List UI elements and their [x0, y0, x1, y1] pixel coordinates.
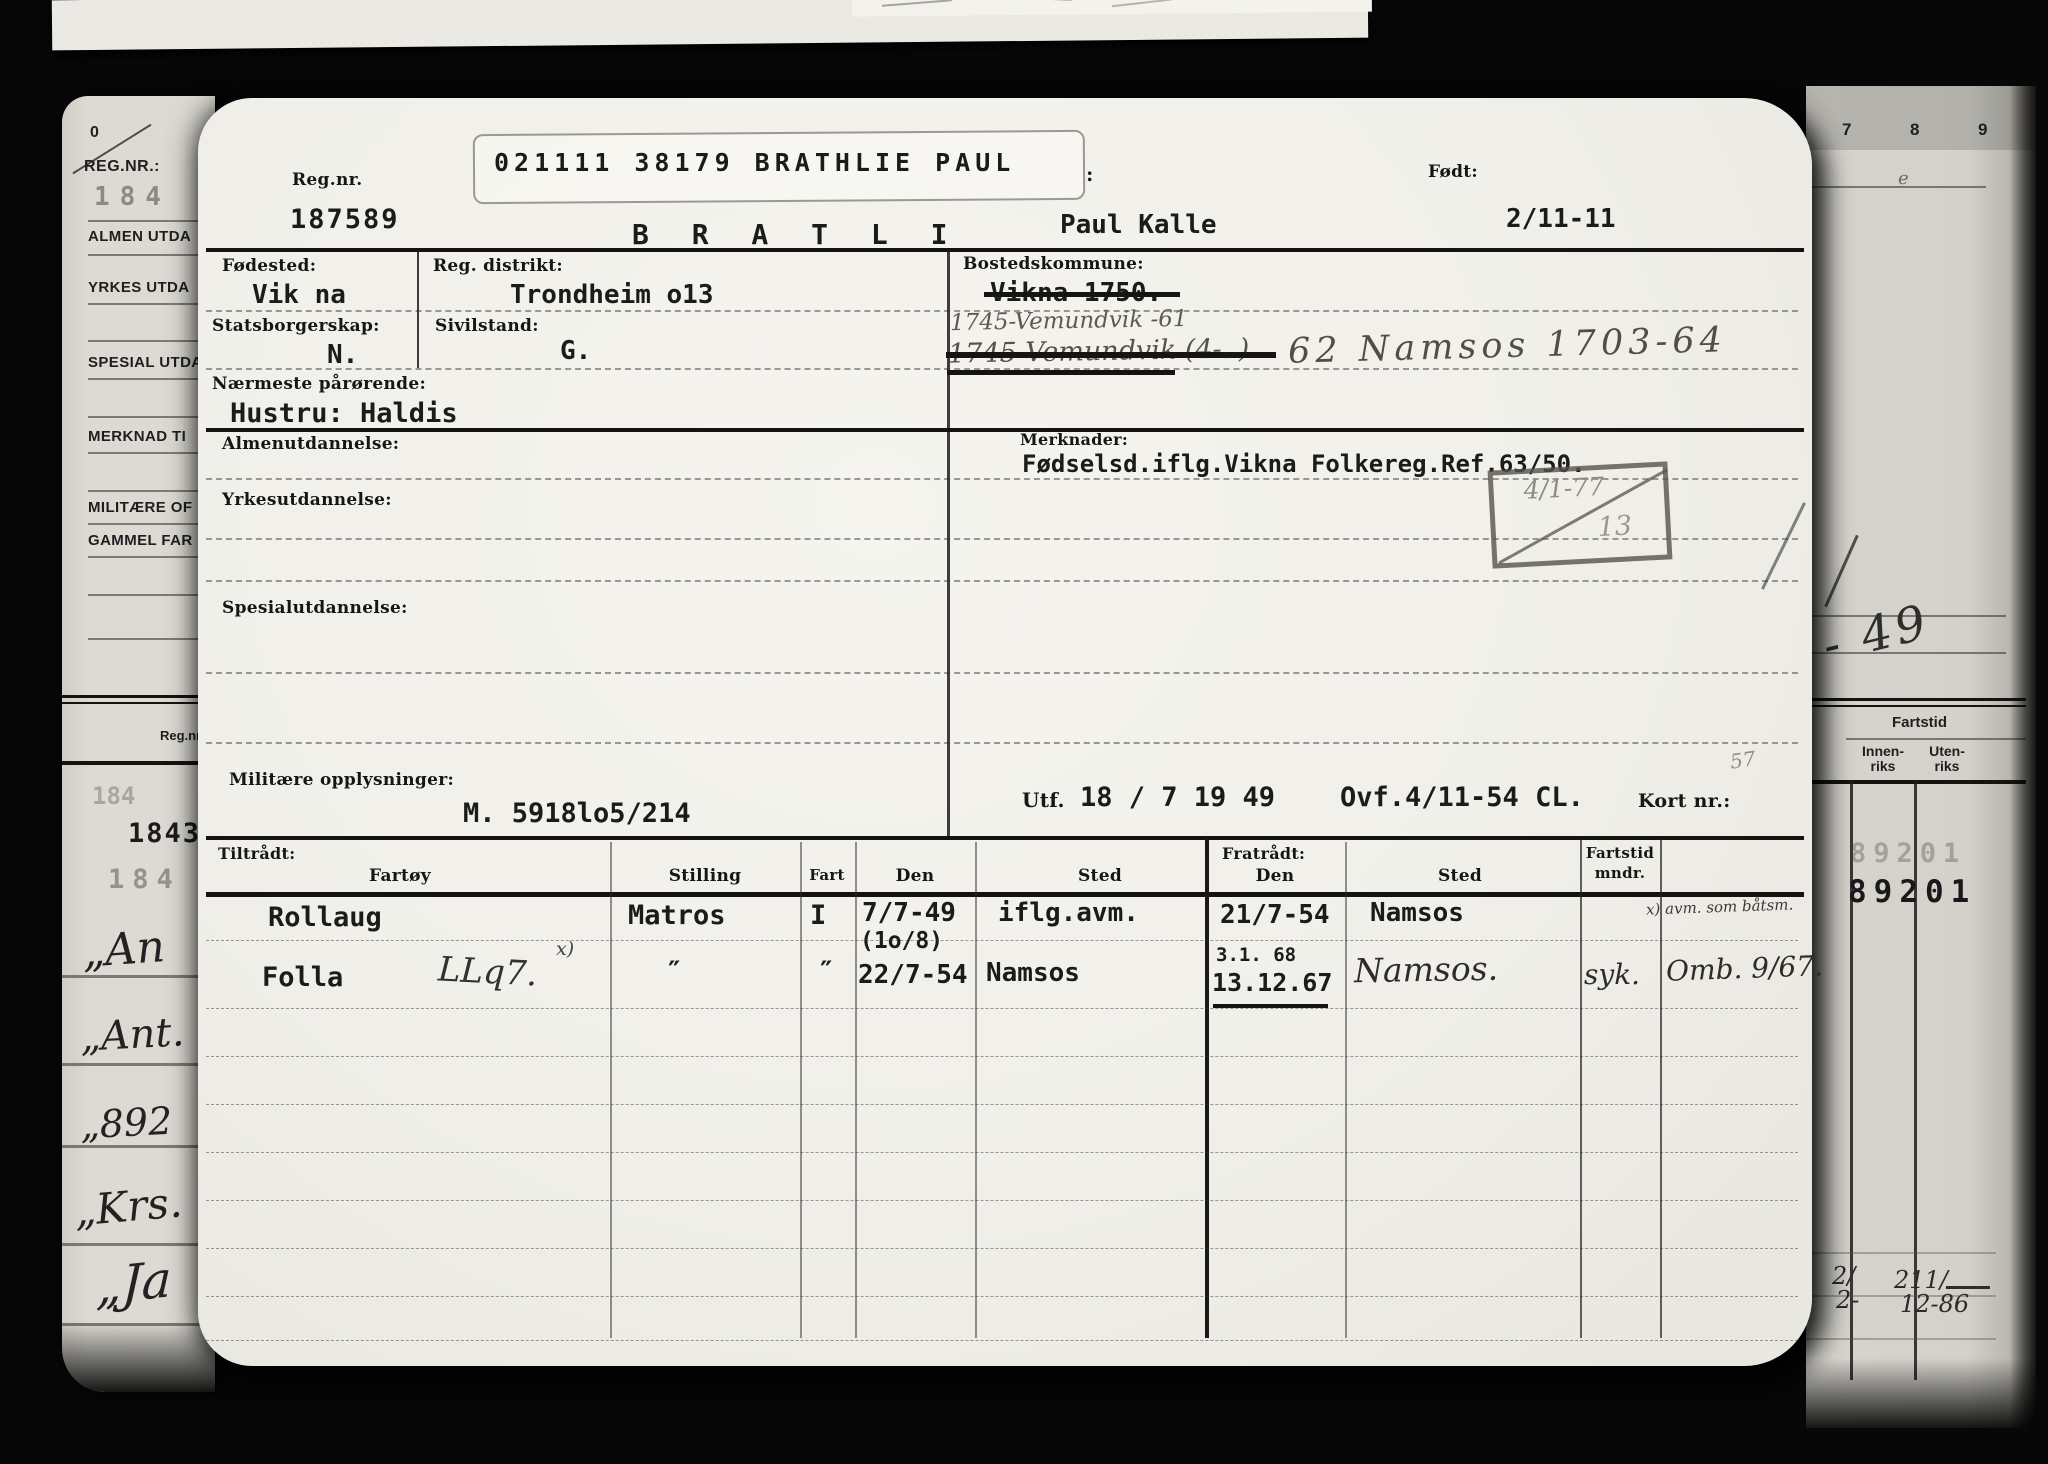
number-bold: 89201	[1848, 874, 1976, 910]
printed-colon: :	[1086, 162, 1094, 186]
faint-stamp-number: 184	[94, 182, 171, 212]
main-card: Reg.nr. 021111 38179 BRATHLIE PAUL : Fød…	[198, 98, 1812, 1366]
rule-line	[88, 594, 215, 596]
row-line	[206, 1200, 1798, 1201]
cell-omb-handwritten: Omb. 9/67.	[1665, 949, 1823, 987]
shadow-fade	[1806, 1358, 2036, 1428]
rule-line	[1806, 652, 2006, 654]
rule-line	[88, 490, 215, 492]
col-header-fartstid: Fartstid	[1550, 844, 1690, 862]
rule-line	[1846, 738, 2026, 740]
cell-fartoy: Rollaug	[268, 902, 382, 933]
col-header-stilling: Stilling	[625, 866, 785, 886]
cell-stilling-ditto: ″	[666, 956, 682, 987]
handwritten-entry: „Ja	[95, 1250, 172, 1316]
fartstid-heading: Fartstid	[1892, 714, 1947, 731]
rule-line	[62, 975, 207, 978]
footnote-handwritten: x) avm. som båtsm.	[1646, 895, 1794, 918]
thick-rule	[206, 892, 1804, 897]
rule-line	[62, 1243, 207, 1246]
top-shade	[1806, 86, 2036, 150]
stamped-number-faint: 184	[108, 864, 181, 895]
col-header-sted: Sted	[1020, 866, 1180, 886]
handwritten-bottom: 12-86	[1900, 1290, 1969, 1318]
cell-sted: Namsos	[986, 958, 1080, 988]
parorende-value: Hustru: Haldis	[230, 398, 458, 429]
statsborgerskap-value: N.	[327, 340, 358, 370]
column-line	[1580, 838, 1582, 1338]
fodested-value: Vik na	[252, 280, 346, 310]
cell-fra-den-b: 13.12.67	[1212, 968, 1332, 997]
shadow-fade	[62, 1322, 215, 1392]
rule-line	[88, 638, 215, 640]
ruler-mark-0: 0	[90, 124, 99, 142]
row-line	[206, 1104, 1798, 1105]
bosted-handwritten-3: 62 Namsos 1703-64	[1288, 320, 1728, 371]
double-rule	[1806, 698, 2026, 701]
spesial-label: Spesialutdannelse:	[222, 598, 408, 618]
double-rule	[62, 695, 215, 698]
rule-line	[62, 1145, 207, 1148]
utf-value: 18 / 7 19 49	[1080, 782, 1275, 813]
rule-line	[206, 672, 1798, 674]
right-background-card: 7 8 9 e - 49 Fartstid Innen- riks Uten- …	[1806, 86, 2036, 1428]
faint-stamp-mark: 184	[92, 782, 135, 810]
tiltradt-label: Tiltrådt:	[218, 844, 295, 863]
yrkes-label: Yrkesutdannelse:	[222, 490, 392, 510]
rule-line	[206, 580, 1798, 582]
rule-line	[88, 303, 215, 305]
footnote-mark: x)	[556, 938, 574, 960]
section-label: ALMEN UTDA	[88, 228, 191, 245]
ruler-mark-7: 7	[1842, 120, 1851, 140]
rule-line	[62, 1063, 207, 1066]
bosted-label: Bostedskommune:	[963, 254, 1144, 274]
stamped-header-line: 021111 38179 BRATHLIE PAUL	[494, 148, 1015, 177]
bosted-handwritten-1: 1745-Vemundvik -61	[950, 306, 1188, 336]
pencil-57: 57	[1728, 746, 1757, 773]
col-header-mndr: mndr.	[1550, 864, 1690, 882]
thick-rule	[206, 428, 1804, 432]
date-stamp-box: 4/1-77 13	[1488, 461, 1673, 568]
strike-line	[984, 292, 1180, 297]
utenriks-line2: riks	[1935, 758, 1960, 774]
kortnr-label: Kort nr.:	[1638, 790, 1731, 812]
fratradt-label: Fratrådt:	[1222, 844, 1305, 863]
rule-line	[88, 523, 215, 525]
section-label: SPESIAL UTDA	[88, 354, 203, 371]
thick-rule	[62, 761, 215, 765]
innenriks-header: Innen- riks	[1858, 744, 1908, 774]
rule-line	[88, 340, 215, 342]
cell-den-extra: (1o/8)	[860, 928, 943, 954]
section-label: MILITÆRE OF	[88, 499, 192, 516]
row-line	[206, 1248, 1798, 1249]
given-names: Paul Kalle	[1060, 210, 1217, 240]
pencil-stroke	[1824, 535, 1858, 607]
rule-line	[88, 556, 215, 558]
left-background-card: 0 2 REG.NR.: 184 ALMEN UTDA YRKES UTDA S…	[62, 96, 215, 1392]
double-rule	[62, 702, 215, 704]
cell-fartoy-handwritten: LLq7.	[437, 949, 538, 994]
handwritten-entry: „An	[80, 921, 166, 978]
overbar-mark	[1946, 1286, 1990, 1289]
regdistrikt-value: Trondheim o13	[510, 280, 714, 310]
strike-line	[946, 352, 1276, 358]
ruler-mark-9: 9	[1978, 120, 1987, 140]
birth-date: 2/11-11	[1506, 204, 1616, 234]
cell-fra-den-a: 3.1. 68	[1216, 944, 1296, 966]
row-line	[206, 1008, 1798, 1009]
torn-edge-shade	[2010, 86, 2036, 1428]
rule-line	[88, 416, 215, 418]
pencil-stroke	[1761, 502, 1806, 590]
row-line	[206, 1152, 1798, 1153]
thick-rule	[206, 248, 1804, 252]
cell-den: 7/7-49	[862, 898, 956, 928]
section-label: MERKNAD TI	[88, 428, 186, 445]
utf-label: Utf.	[1022, 788, 1065, 812]
section-label: YRKES UTDA	[88, 279, 190, 296]
innenriks-line1: Innen-	[1862, 743, 1904, 759]
rule-line	[88, 220, 215, 222]
row-line	[206, 940, 1798, 941]
innenriks-line2: riks	[1871, 758, 1896, 774]
col-header-den: Den	[855, 866, 975, 886]
handwritten-49: - 49	[1817, 594, 1936, 675]
handwritten-entry: „892	[79, 1099, 173, 1148]
handwritten-bottom: 2-	[1836, 1286, 1859, 1314]
merknader-label: Merknader:	[1020, 430, 1128, 449]
col-header-den2: Den	[1215, 866, 1335, 886]
column-line	[855, 842, 857, 1338]
cell-fra-sted-handwritten: Namsos.	[1354, 949, 1499, 991]
stamp-box-date: 4/1-77	[1523, 472, 1605, 505]
reg-small-label: Reg.nr	[160, 728, 201, 743]
col-header-sted2: Sted	[1380, 866, 1540, 886]
cell-fra-sted: Namsos	[1370, 898, 1464, 928]
cell-den: 22/7-54	[858, 960, 968, 990]
regdistrikt-label: Reg. distrikt:	[433, 256, 563, 276]
utenriks-line1: Uten-	[1929, 743, 1965, 759]
handwritten-entry: „Ant.	[79, 1009, 185, 1060]
reg-number: 187589	[290, 204, 400, 235]
row-line	[206, 1056, 1798, 1057]
fodested-label: Fødested:	[222, 256, 316, 276]
cell-fra-den: 21/7-54	[1220, 900, 1330, 930]
stamp-box-number: 13	[1597, 510, 1633, 543]
cell-stilling: Matros	[628, 900, 726, 931]
thick-rule	[206, 836, 1804, 840]
ruler-mark-8: 8	[1910, 120, 1919, 140]
thick-underline	[947, 370, 1175, 375]
militaere-value: M. 5918lo5/214	[463, 798, 691, 829]
fodt-label: Født:	[1428, 162, 1478, 182]
handwritten-entry: „Krs.	[72, 1177, 184, 1235]
column-line	[1345, 842, 1347, 1338]
sivilstand-label: Sivilstand:	[435, 316, 539, 336]
col-header-fartoy: Fartøy	[320, 866, 480, 886]
almen-label: Almenutdannelse:	[222, 434, 399, 454]
pencil-mark-e: e	[1898, 168, 1909, 189]
surname: B R A T L I	[632, 218, 960, 251]
cell-fart-ditto: ″	[818, 956, 834, 987]
cell-fartoy: Folla	[262, 962, 343, 993]
section-label: GAMMEL FAR	[88, 532, 193, 549]
stamped-number: 1843	[128, 818, 201, 849]
column-line	[610, 842, 612, 1338]
cell-fartstid-handwritten: syk.	[1584, 958, 1640, 991]
utenriks-header: Uten- riks	[1922, 744, 1972, 774]
rule-line	[206, 742, 1798, 744]
regnr-label: Reg.nr.	[292, 170, 363, 190]
statsborgerskap-label: Statsborgerskap:	[212, 316, 380, 336]
number-faint: 89201	[1850, 838, 1966, 869]
regnr-heading: REG.NR.:	[84, 158, 160, 176]
militaere-label: Militære opplysninger:	[229, 770, 454, 790]
top-page-edge	[52, 0, 1368, 50]
sivilstand-value: G.	[560, 336, 591, 366]
grid-line	[1806, 1338, 1996, 1340]
column-divider	[417, 250, 419, 368]
row-line	[206, 1340, 1798, 1341]
double-rule	[1806, 705, 2026, 707]
row-line	[206, 1296, 1798, 1297]
grid-line	[1806, 1252, 1996, 1254]
cell-sted: iflg.avm.	[998, 898, 1139, 928]
cell-fart: I	[810, 900, 826, 931]
parorende-label: Nærmeste pårørende:	[212, 374, 426, 394]
rule-line	[88, 378, 215, 380]
rule-line	[88, 452, 215, 454]
column-line	[800, 842, 802, 1338]
ovf-value: Ovf.4/11-54 CL.	[1340, 782, 1584, 813]
column-line	[975, 842, 977, 1338]
rule-line	[88, 254, 215, 256]
column-line-thick	[1205, 838, 1209, 1338]
rule-line	[1806, 186, 1986, 188]
